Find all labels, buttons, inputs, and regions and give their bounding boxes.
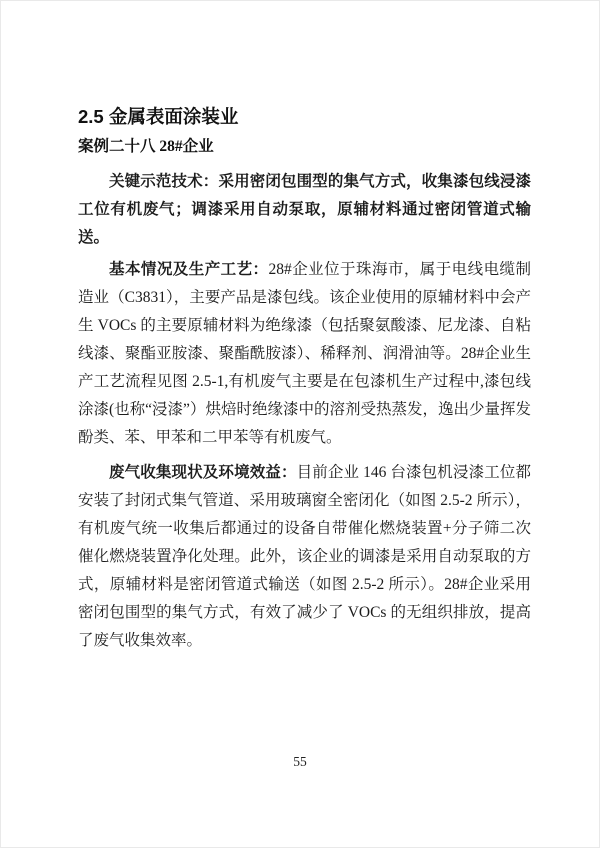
document-page: 2.5 金属表面涂装业 案例二十八 28#企业 关键示范技术：采用密闭包围型的集…	[0, 0, 600, 848]
paragraph-lead: 基本情况及生产工艺：	[109, 261, 269, 278]
paragraph-key-demonstration-technique: 关键示范技术：采用密闭包围型的集气方式，收集漆包线浸漆工位有机废气；调漆采用自动…	[78, 168, 531, 252]
paragraph-text: 目前企业 146 台漆包机浸漆工位都安装了封闭式集气管道、采用玻璃窗全密闭化（如…	[78, 464, 531, 649]
case-title: 案例二十八 28#企业	[78, 135, 531, 159]
paragraph-lead: 关键示范技术：	[109, 173, 218, 190]
section-heading: 2.5 金属表面涂装业	[78, 103, 531, 130]
page-content: 2.5 金属表面涂装业 案例二十八 28#企业 关键示范技术：采用密闭包围型的集…	[78, 103, 531, 655]
paragraph-basic-info-production-process: 基本情况及生产工艺：28#企业位于珠海市，属于电线电缆制造业（C3831），主要…	[78, 256, 531, 452]
paragraph-waste-gas-collection-status: 废气收集现状及环境效益：目前企业 146 台漆包机浸漆工位都安装了封闭式集气管道…	[78, 459, 531, 655]
paragraph-text: 28#企业位于珠海市，属于电线电缆制造业（C3831），主要产品是漆包线。该企业…	[78, 261, 531, 446]
paragraph-lead: 废气收集现状及环境效益：	[109, 464, 297, 481]
page-number: 55	[0, 753, 600, 771]
